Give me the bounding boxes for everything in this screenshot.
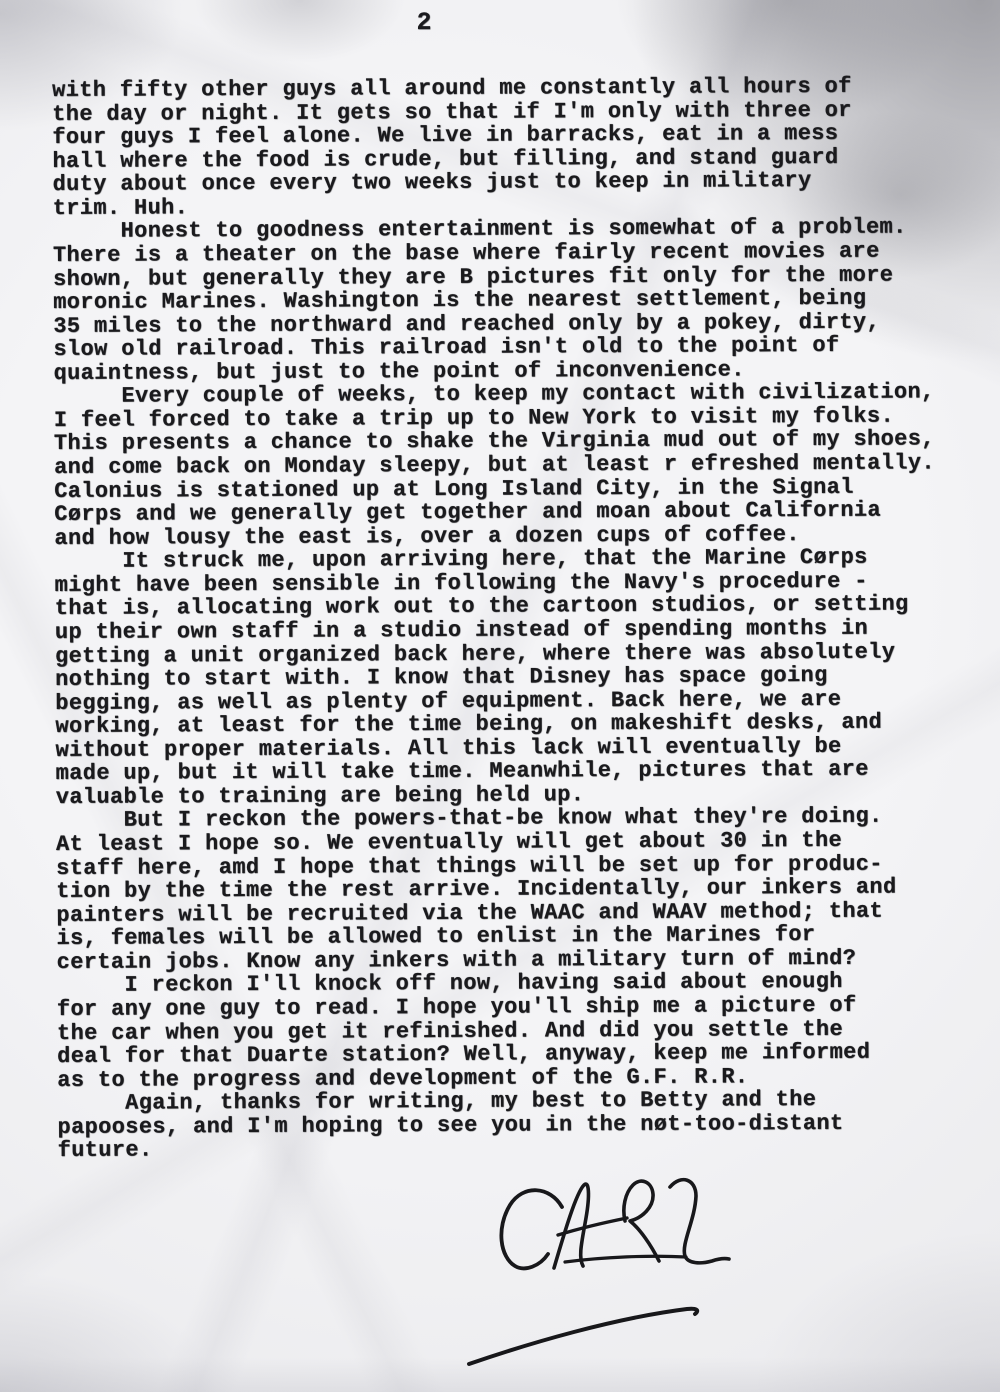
letter-page: 2 with fifty other guys all around me co… (0, 0, 1000, 1392)
signature-stroke-c (501, 1190, 562, 1268)
letter-body: with fifty other guys all around me cons… (52, 74, 939, 1162)
signature-stroke-r (624, 1181, 659, 1261)
page-number: 2 (404, 8, 444, 37)
signature-handwriting (455, 1172, 775, 1372)
signature-flourish (469, 1309, 697, 1364)
signature-stroke-a (554, 1184, 588, 1268)
signature-stroke-l (670, 1180, 729, 1263)
signature-underline (565, 1256, 686, 1262)
signature (455, 1172, 775, 1372)
